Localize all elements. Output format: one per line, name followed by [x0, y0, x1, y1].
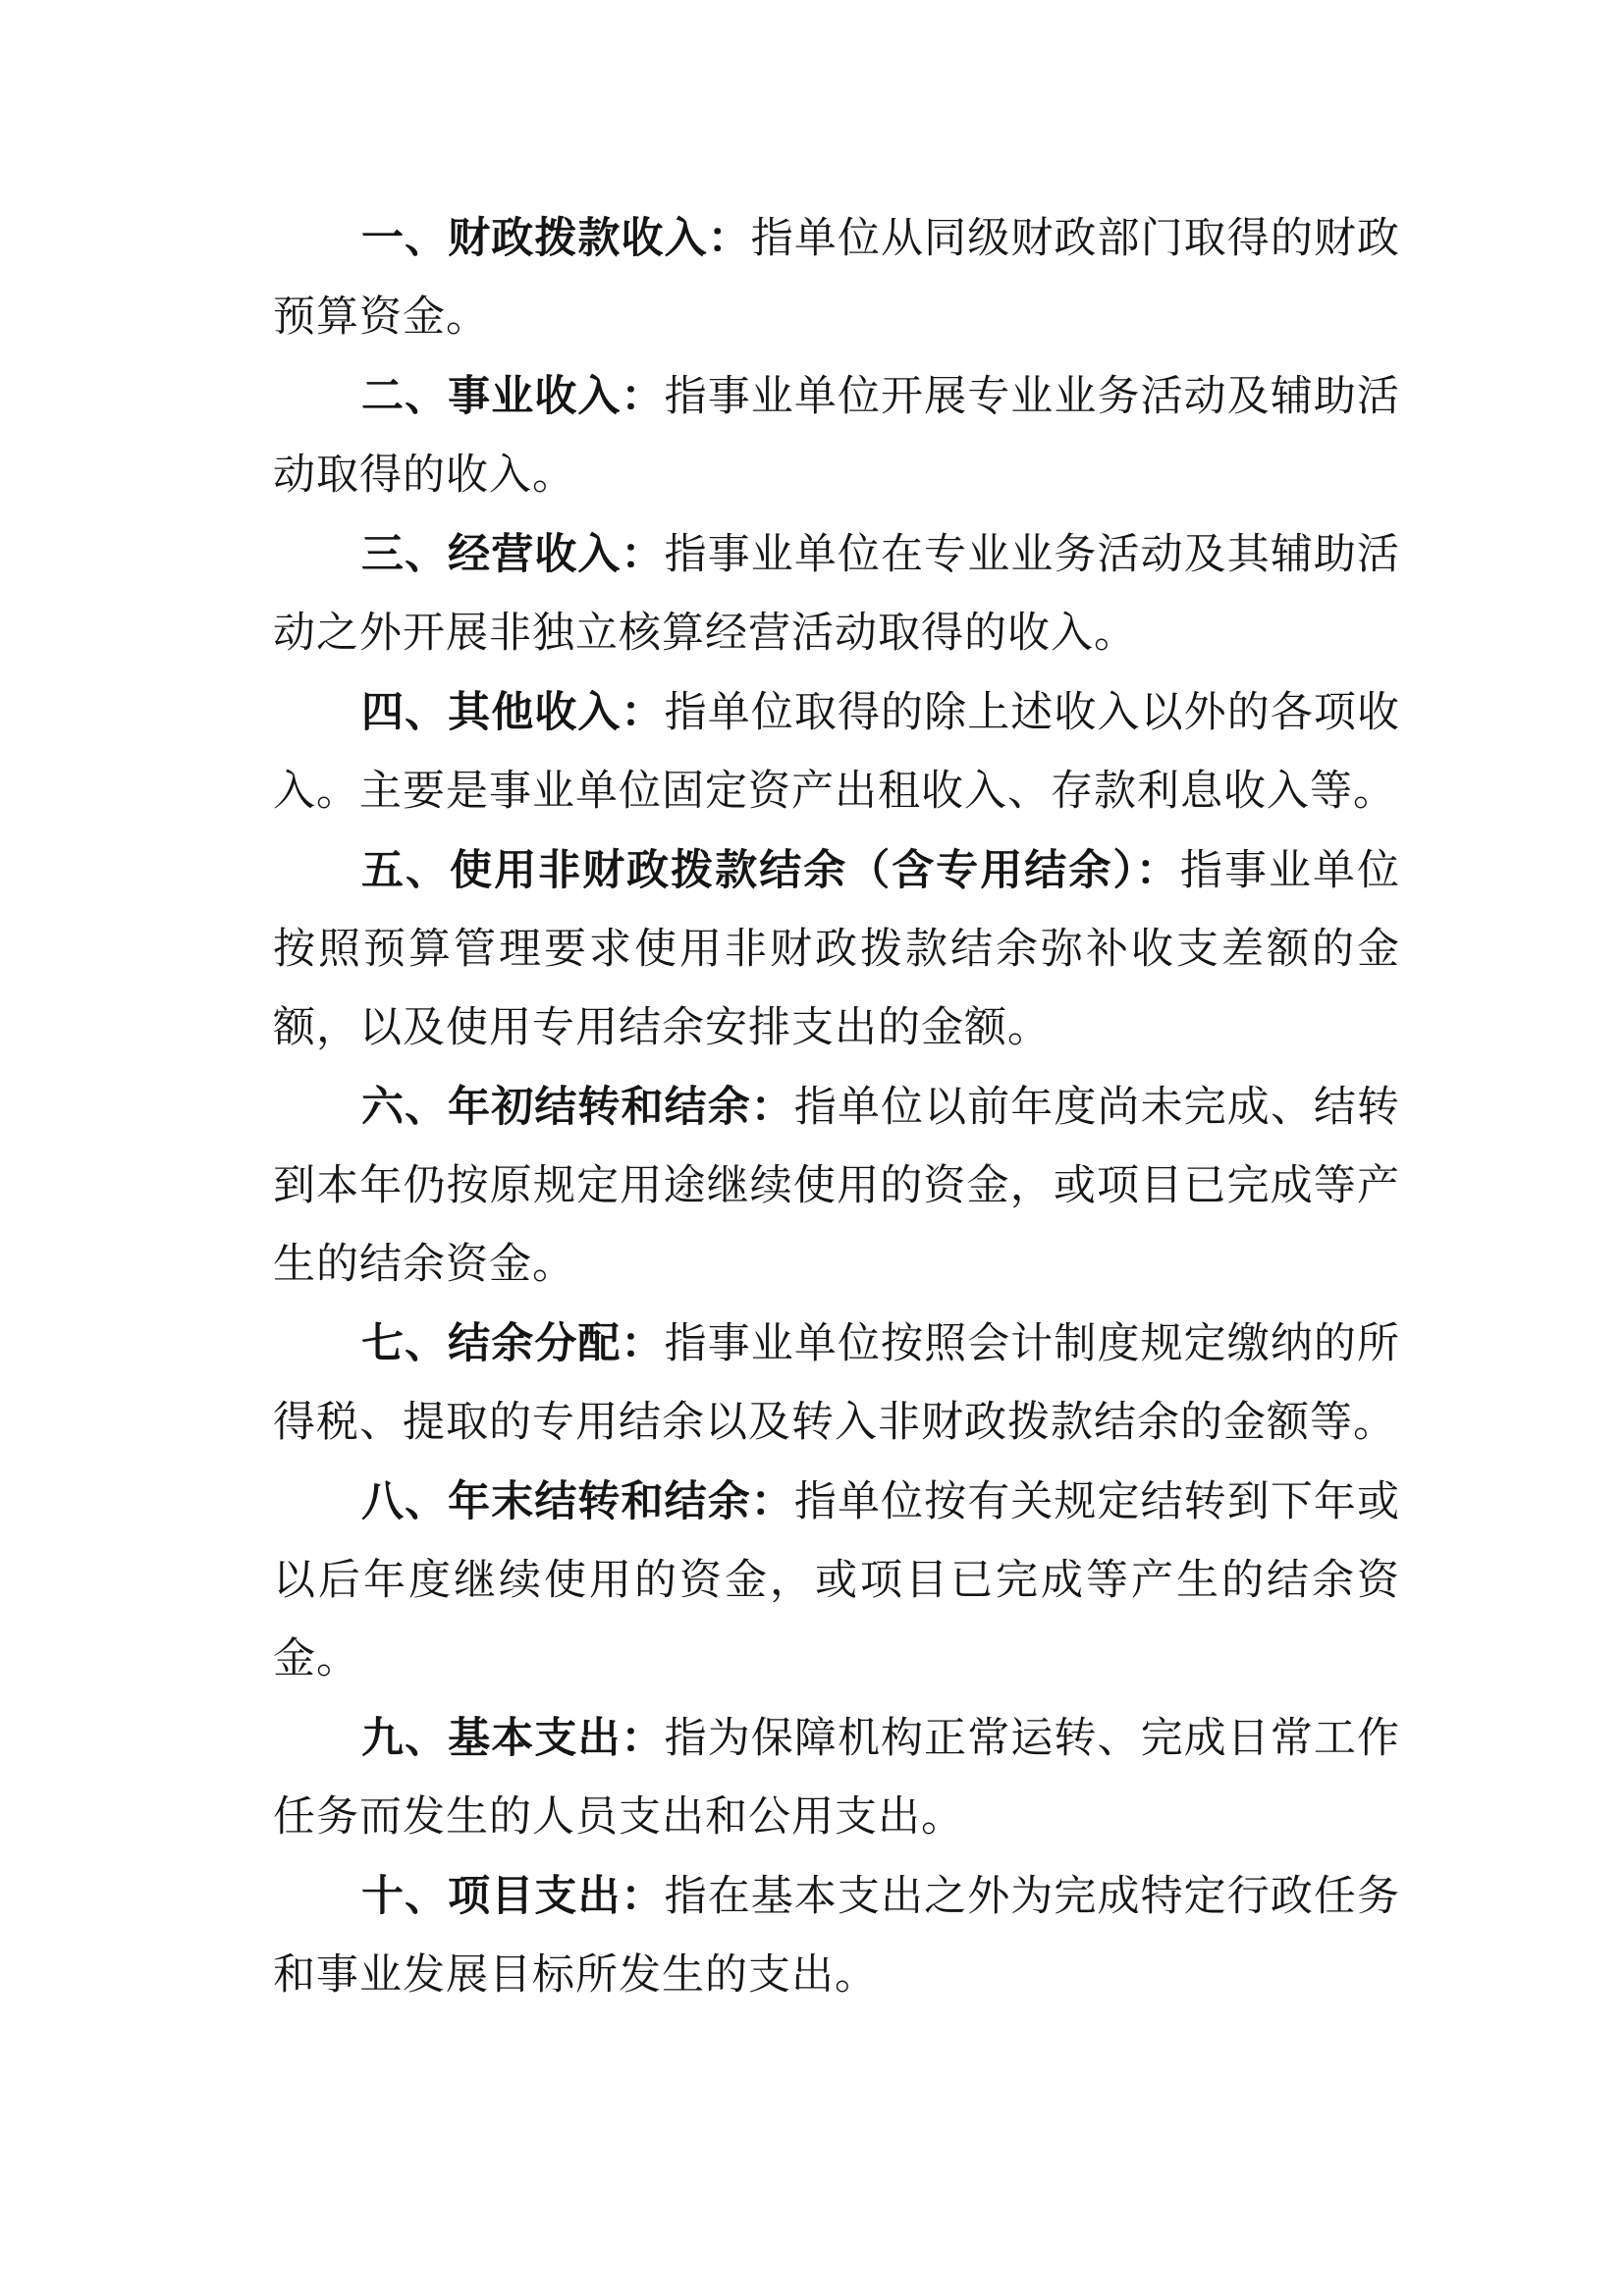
term-label-2: 二、事业收入： [361, 373, 665, 420]
paragraph-1: 一、财政拨款收入：指单位从同级财政部门取得的财政预算资金。 [273, 199, 1400, 357]
document-body: 一、财政拨款收入：指单位从同级财政部门取得的财政预算资金。 二、事业收入：指事业… [273, 199, 1400, 2015]
term-label-7: 七、结余分配： [361, 1320, 665, 1367]
term-label-6: 六、年初结转和结余： [361, 1084, 794, 1131]
paragraph-9: 九、基本支出：指为保障机构正常运转、完成日常工作任务而发生的人员支出和公用支出。 [273, 1699, 1400, 1857]
paragraph-7: 七、结余分配：指事业单位按照会计制度规定缴纳的所得税、提取的专用结余以及转入非财… [273, 1305, 1400, 1463]
paragraph-8: 八、年末结转和结余：指单位按有关规定结转到下年或以后年度继续使用的资金，或项目已… [273, 1463, 1400, 1699]
term-label-9: 九、基本支出： [361, 1715, 665, 1762]
paragraph-4: 四、其他收入：指单位取得的除上述收入以外的各项收入。主要是事业单位固定资产出租收… [273, 673, 1400, 831]
term-label-3: 三、经营收入： [361, 531, 665, 578]
term-label-5: 五、使用非财政拨款结余（含专用结余）： [361, 847, 1180, 894]
term-label-10: 十、项目支出： [361, 1873, 665, 1920]
paragraph-5: 五、使用非财政拨款结余（含专用结余）：指事业单位按照预算管理要求使用非财政拨款结… [273, 831, 1400, 1068]
paragraph-10: 十、项目支出：指在基本支出之外为完成特定行政任务和事业发展目标所发生的支出。 [273, 1857, 1400, 2015]
term-label-4: 四、其他收入： [361, 689, 665, 736]
document-page: 一、财政拨款收入：指单位从同级财政部门取得的财政预算资金。 二、事业收入：指事业… [0, 0, 1624, 2296]
term-label-8: 八、年末结转和结余： [361, 1478, 794, 1525]
term-label-1: 一、财政拨款收入： [361, 215, 751, 262]
paragraph-6: 六、年初结转和结余：指单位以前年度尚未完成、结转到本年仍按原规定用途继续使用的资… [273, 1068, 1400, 1305]
paragraph-2: 二、事业收入：指事业单位开展专业业务活动及辅助活动取得的收入。 [273, 357, 1400, 515]
paragraph-3: 三、经营收入：指事业单位在专业业务活动及其辅助活动之外开展非独立核算经营活动取得… [273, 515, 1400, 673]
